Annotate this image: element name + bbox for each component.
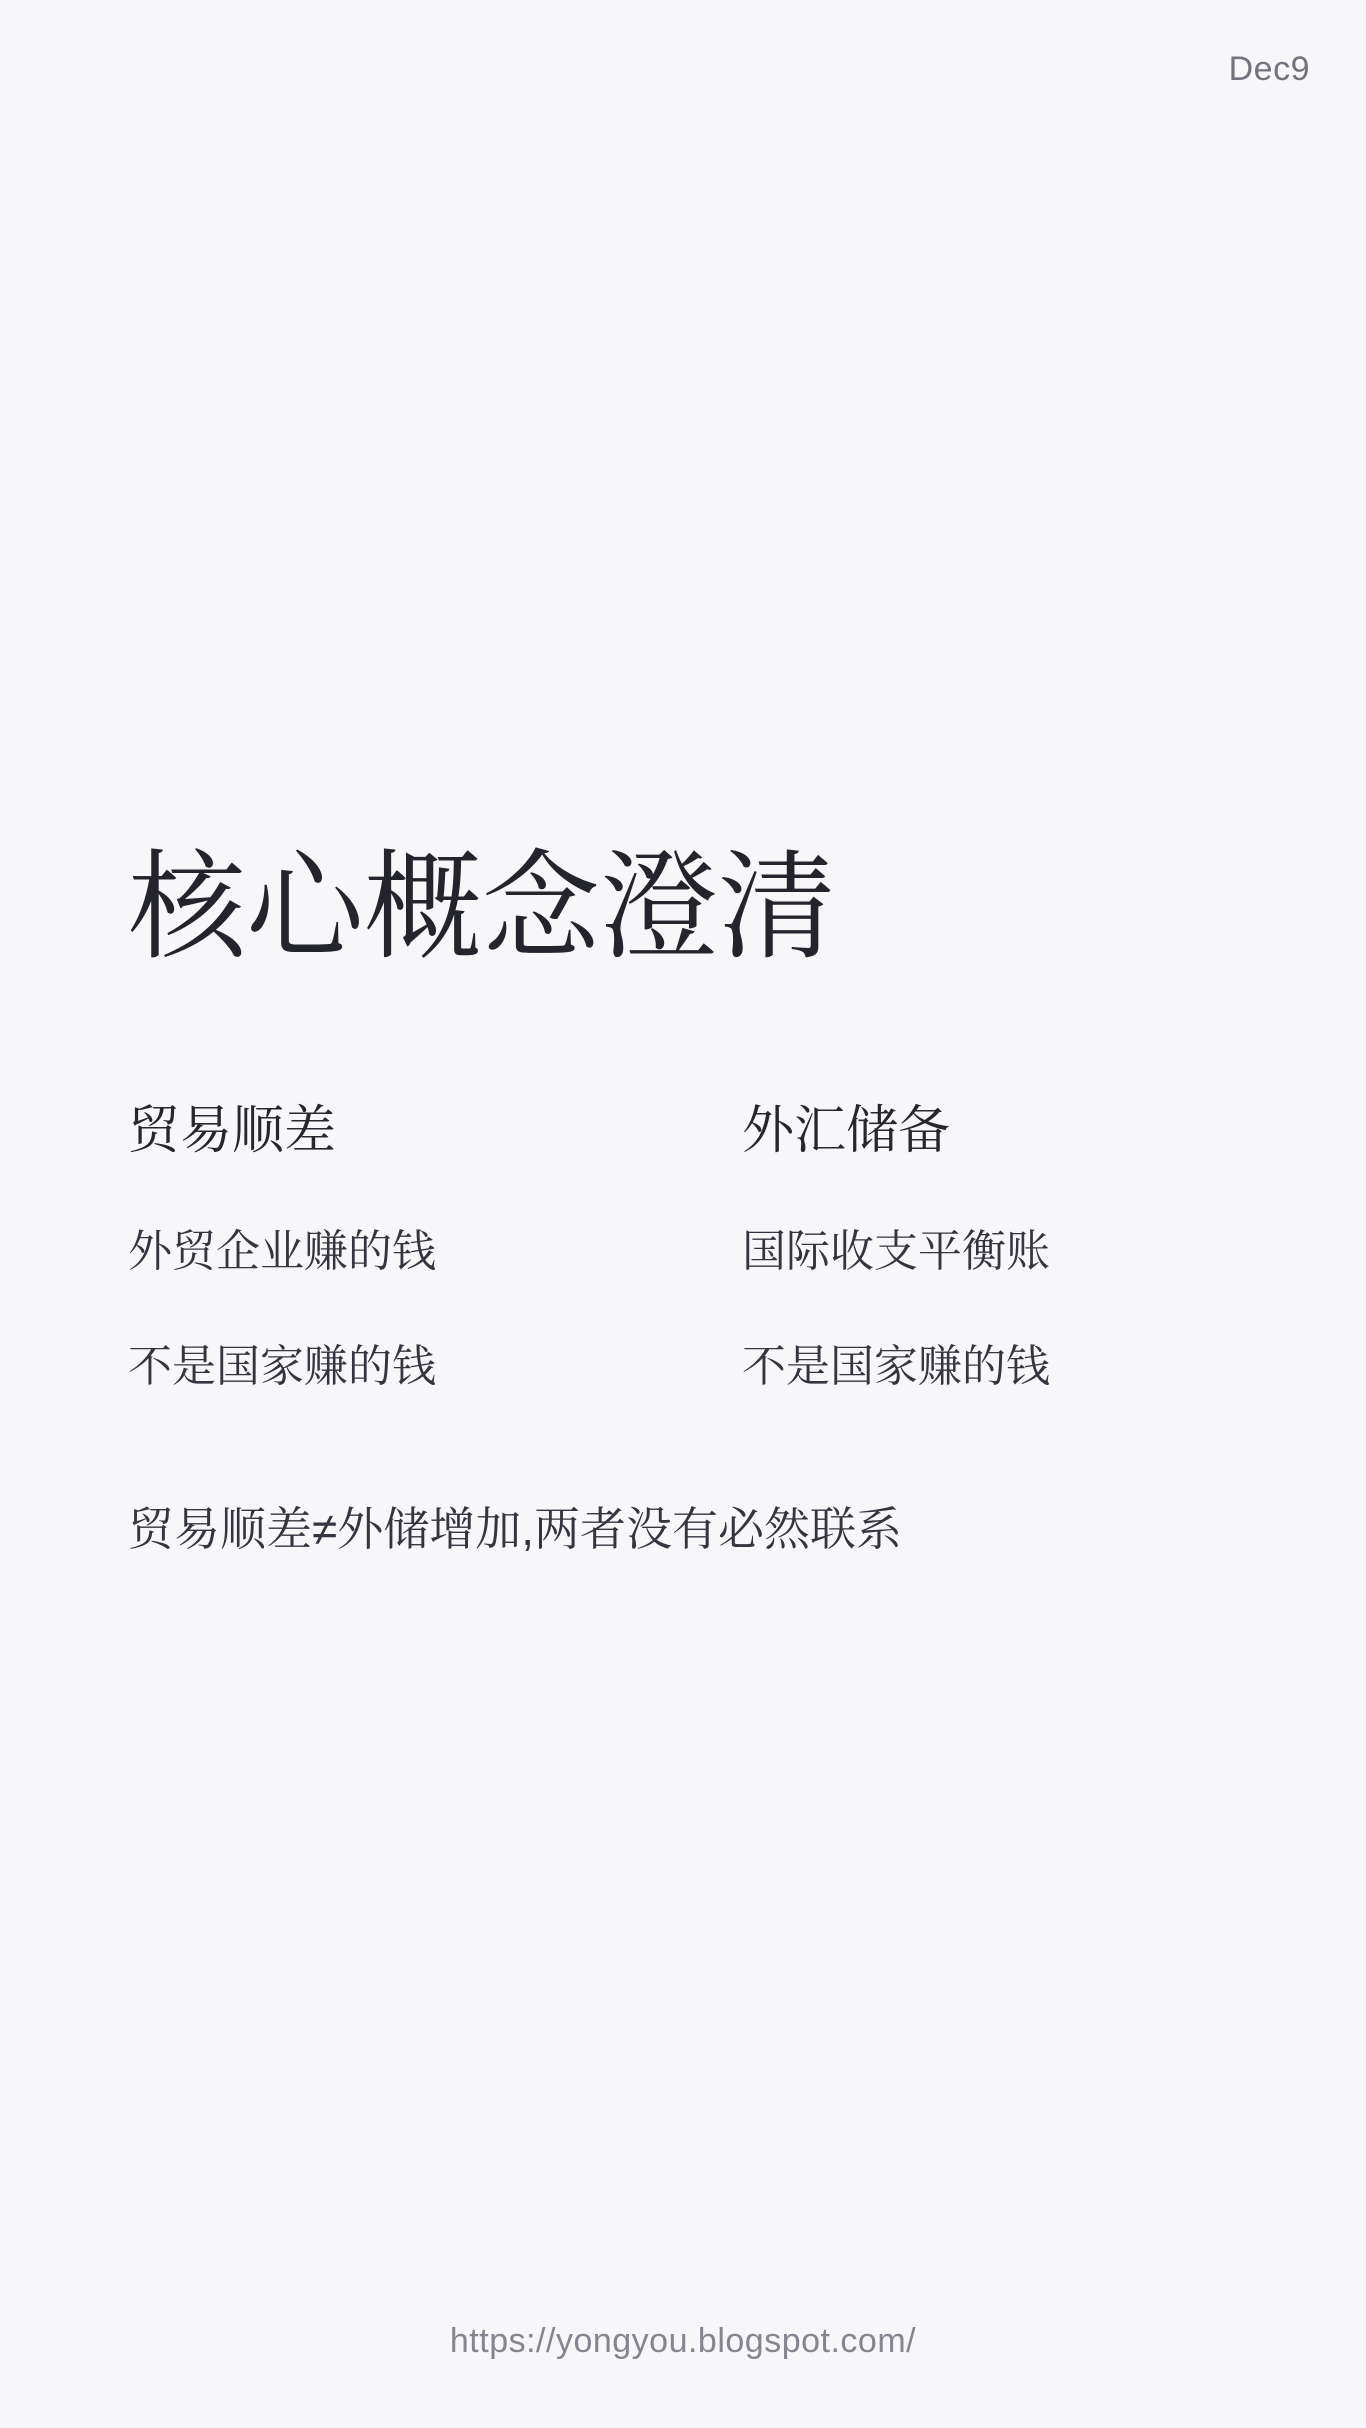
conclusion-note: 贸易顺差≠外储增加,两者没有必然联系	[128, 1503, 902, 1556]
slide-page: Dec9 核心概念澄清 贸易顺差 外贸企业赚的钱 不是国家赚的钱 外汇储备 国际…	[0, 0, 1366, 2428]
column-header-fx-reserves: 外汇储备	[742, 1102, 950, 1162]
fx-reserves-line-1: 国际收支平衡账	[742, 1228, 1050, 1276]
fx-reserves-line-2: 不是国家赚的钱	[742, 1343, 1050, 1391]
date-label: Dec9	[1229, 50, 1310, 89]
trade-surplus-line-2: 不是国家赚的钱	[128, 1343, 436, 1391]
footer: https://yongyou.blogspot.com/	[0, 2322, 1366, 2361]
trade-surplus-line-1: 外贸企业赚的钱	[128, 1228, 436, 1276]
footer-url-link[interactable]: https://yongyou.blogspot.com/	[450, 2322, 916, 2360]
column-header-trade-surplus: 贸易顺差	[128, 1102, 336, 1162]
page-title: 核心概念澄清	[128, 845, 836, 972]
